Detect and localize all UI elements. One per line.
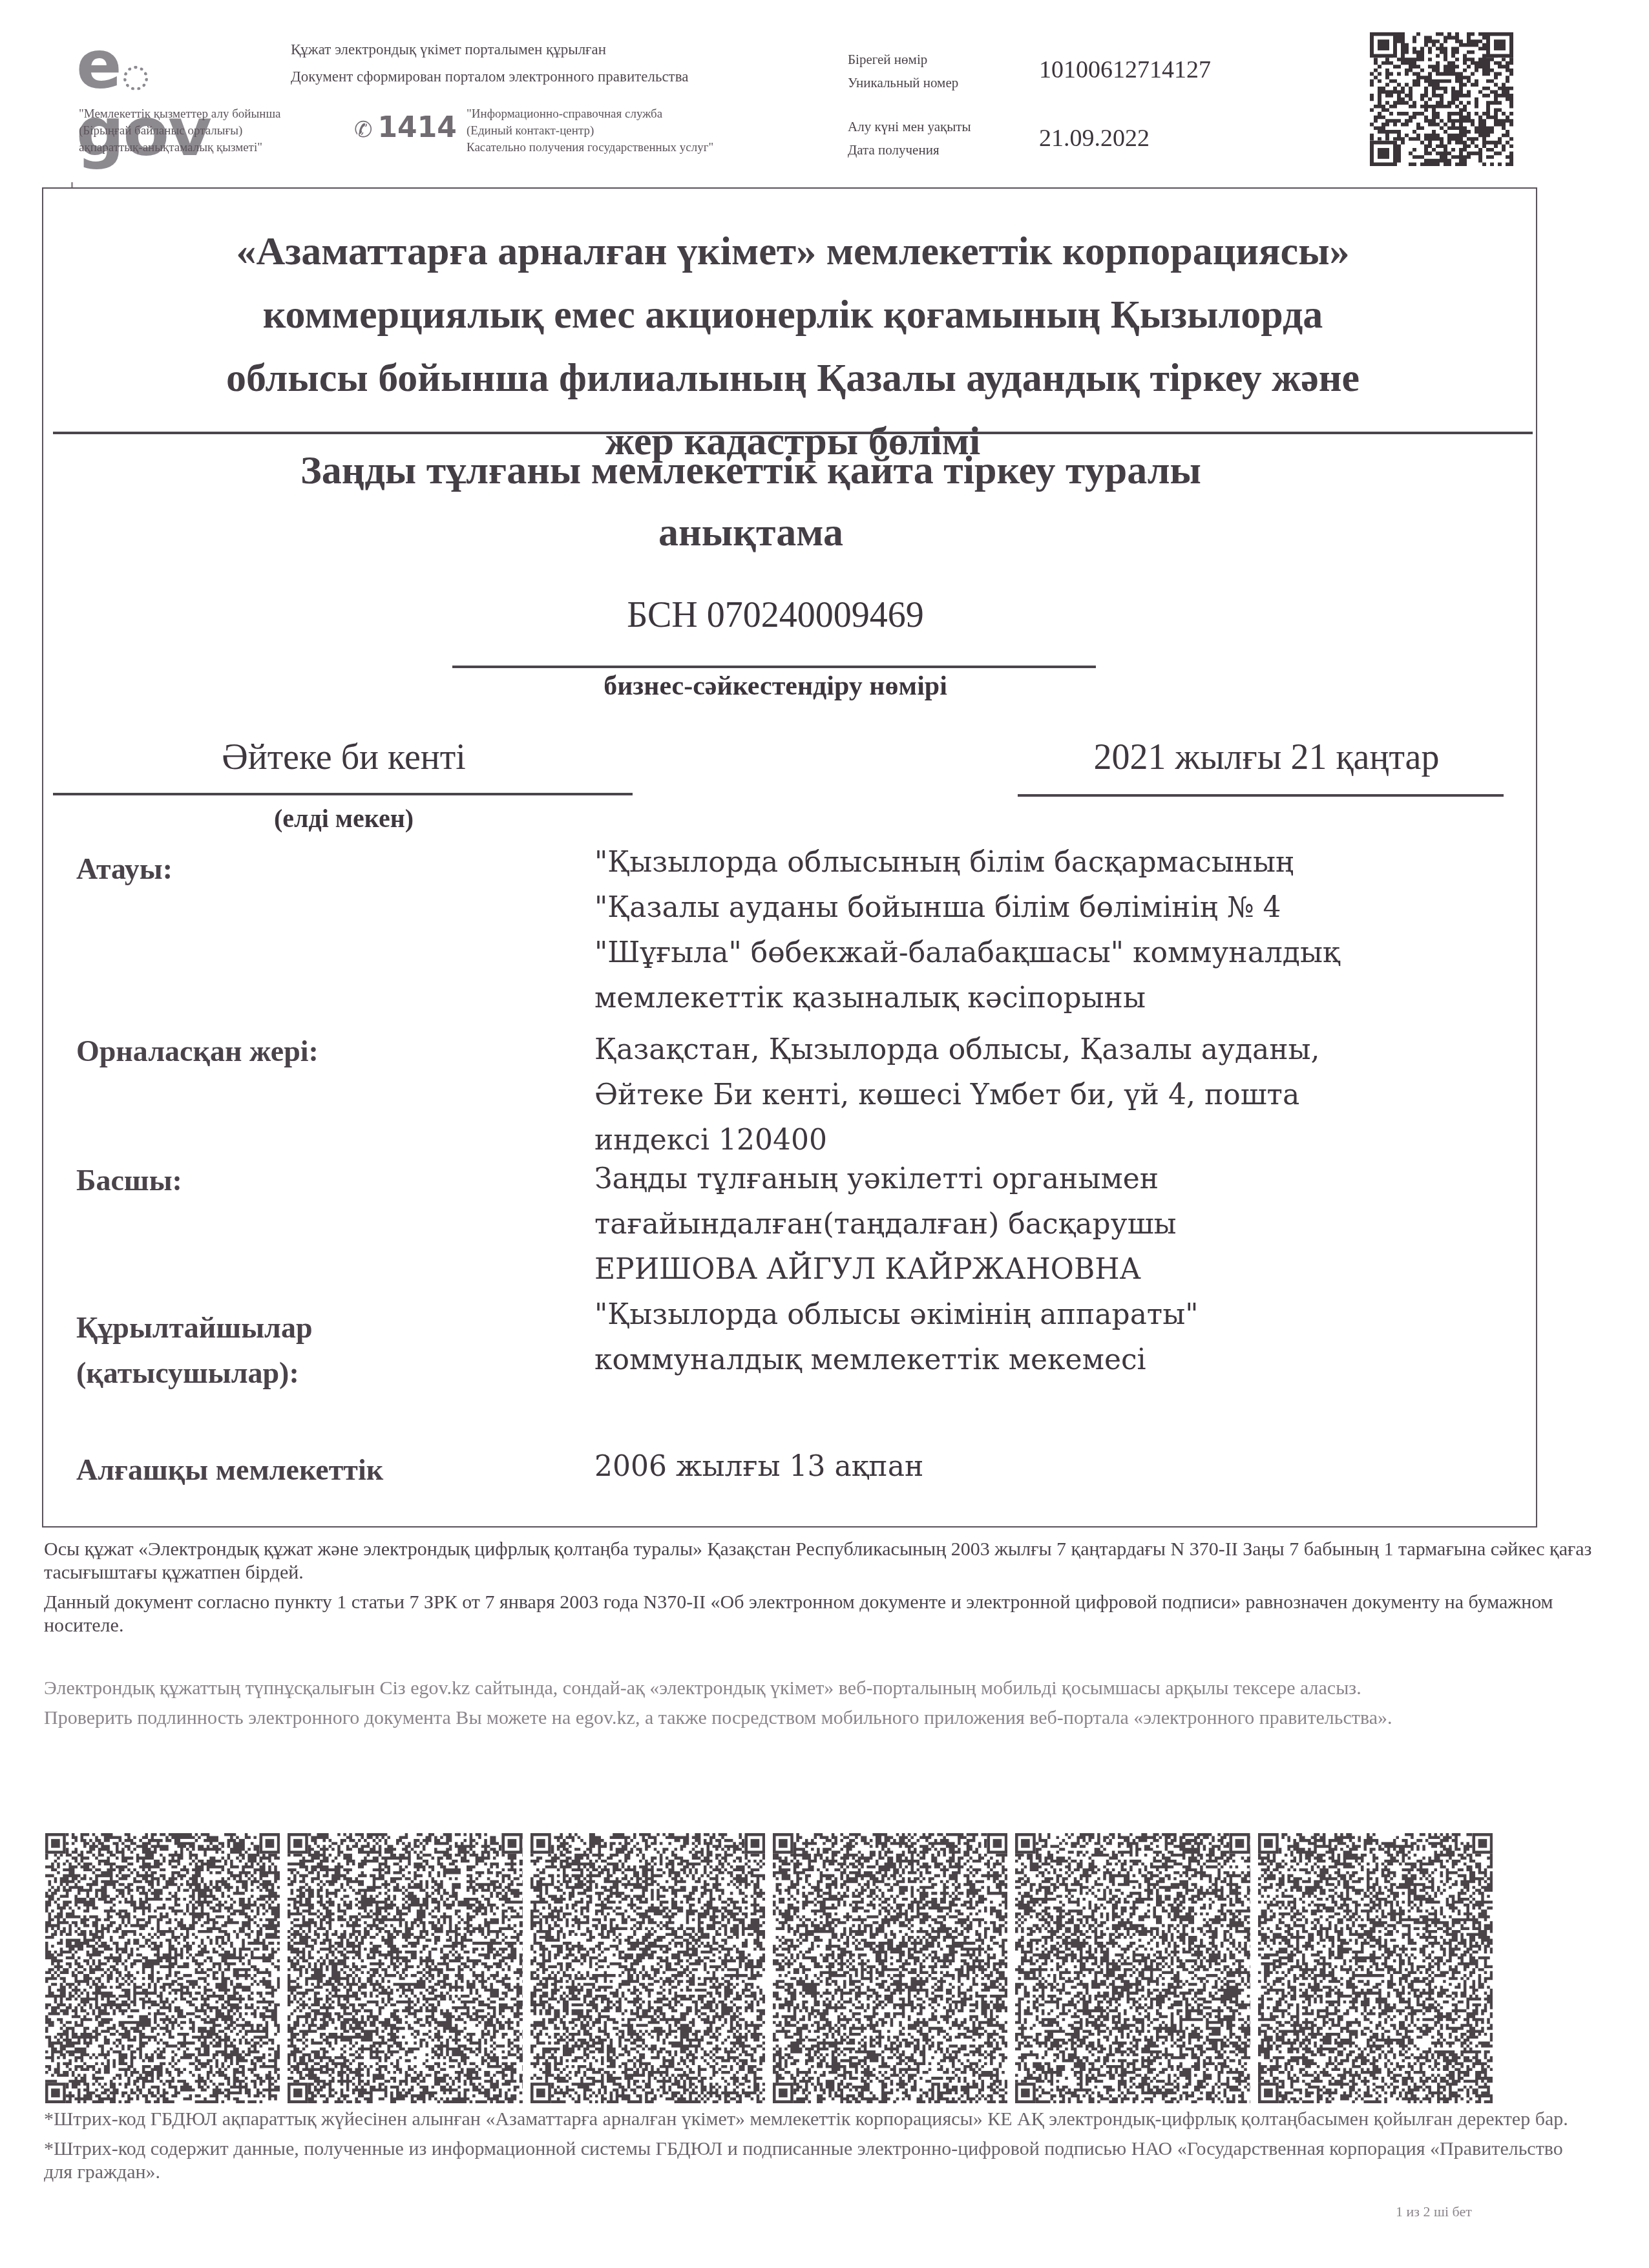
- field-label-text: Атауы:: [76, 846, 173, 892]
- qr-code-icon: [773, 1833, 1007, 2103]
- field-value-location: Қазақстан, Қызылорда облысы, Қазалы ауда…: [594, 1027, 1512, 1163]
- contact-kk-line: ақпараттық-анықтамалық қызметі": [79, 140, 280, 156]
- field-label-text: Басшы:: [76, 1158, 182, 1203]
- field-value-line: ЕРИШОВА АЙГУЛ КАЙРЖАНОВНА: [594, 1247, 1512, 1292]
- date-underline: [1018, 794, 1504, 797]
- page-number: 1 из 2 ші бет: [1396, 2203, 1472, 2220]
- received-label-kk: Алу күні мен уақыты: [848, 115, 971, 138]
- footnote-ru: *Штрих-код содержит данные, полученные и…: [44, 2137, 1595, 2184]
- field-value-head: Заңды тұлғаның уәкілетті органымен тағай…: [594, 1157, 1512, 1292]
- place-value: Әйтеке би кенті: [53, 737, 635, 778]
- field-value-line: "Қызылорда облысының білім басқармасының: [594, 840, 1512, 885]
- contact-kk-line: (Бірыңғай байланыс орталығы): [79, 123, 280, 140]
- unique-number-labels: Бірегей нөмір Уникальный номер: [848, 48, 958, 94]
- field-label-text: Алғашқы мемлекеттік: [76, 1447, 383, 1493]
- issuer-line: облысы бойынша филиалының Қазалы ауданды…: [53, 346, 1533, 410]
- field-value-line: "Шұғыла" бөбекжай-балабақшасы" коммуналд…: [594, 930, 1512, 976]
- field-value-line: мемлекеттік қазыналық кәсіпорыны: [594, 976, 1512, 1021]
- qr-code-icon: [530, 1833, 765, 2103]
- footnotes: *Штрих-код ГБДЮЛ ақпараттық жүйесінен ал…: [44, 2108, 1595, 2190]
- issuer-line: «Азаматтарға арналған үкімет» мемлекетті…: [53, 220, 1533, 283]
- qr-code-icon: [45, 1833, 280, 2103]
- hotline-number: 1414: [378, 111, 457, 144]
- field-value-founders: "Қызылорда облысы әкімінің аппараты" ком…: [594, 1292, 1512, 1383]
- field-label-text: Орналасқан жері:: [76, 1029, 319, 1074]
- legal-equivalence: Осы құжат «Электрондық құжат және электр…: [44, 1538, 1595, 1644]
- field-label-location: Орналасқан жері:: [76, 1029, 319, 1074]
- field-value-line: "Қазалы ауданы бойынша білім бөлімінің №…: [594, 885, 1512, 930]
- field-value-line: "Қызылорда облысы әкімінің аппараты": [594, 1292, 1512, 1338]
- logo-e: e: [76, 31, 121, 98]
- phone-icon: ✆: [354, 117, 373, 143]
- registration-date: 2021 жылғы 21 қаңтар: [1008, 737, 1525, 778]
- contact-kk-line: "Мемлекеттік қызметтер алу бойынша: [79, 106, 280, 123]
- scan-mark: [71, 182, 73, 187]
- qr-code-icon: [1258, 1833, 1493, 2103]
- contact-ru-line: "Информационно-справочная служба: [467, 106, 713, 123]
- egov-logo: egov: [76, 31, 270, 102]
- bin-underline: [452, 666, 1096, 668]
- unique-number-label-kk: Бірегей нөмір: [848, 48, 958, 71]
- field-value-first-registration: 2006 жылғы 13 ақпан: [594, 1444, 1512, 1489]
- document-title: Заңды тұлғаны мемлекеттік қайта тіркеу т…: [53, 439, 1533, 563]
- issuer-line: коммерциялық емес акционерлік қоғамының …: [53, 283, 1533, 346]
- legal-equivalence-kk: Осы құжат «Электрондық құжат және электр…: [44, 1538, 1595, 1584]
- legal-equivalence-ru: Данный документ согласно пункту 1 статьи…: [44, 1591, 1595, 1637]
- received-labels: Алу күні мен уақыты Дата получения: [848, 115, 971, 162]
- portal-note-ru: Документ сформирован порталом электронно…: [291, 67, 688, 87]
- bin-caption: бизнес-сәйкестендіру нөмірі: [388, 671, 1163, 702]
- field-label-founders: Құрылтайшылар (қатысушылар):: [76, 1305, 312, 1396]
- field-value-line: Әйтеке Би кенті, көшесі Үмбет би, үй 4, …: [594, 1073, 1512, 1118]
- unique-number-label-ru: Уникальный номер: [848, 71, 958, 94]
- contact-ru-line: (Единый контакт-центр): [467, 123, 713, 140]
- portal-note-kk: Құжат электрондық үкімет порталымен құры…: [291, 40, 606, 59]
- hotline: ✆1414: [354, 111, 457, 144]
- contact-ru: "Информационно-справочная служба (Единый…: [467, 106, 713, 156]
- field-label-text: Құрылтайшылар: [76, 1305, 312, 1350]
- contact-ru-line: Касательно получения государственных усл…: [467, 140, 713, 156]
- qr-code-icon: [1015, 1833, 1250, 2103]
- place-caption: (елді мекен): [53, 803, 635, 834]
- legal-verify: Электрондық құжаттың түпнұсқалығын Сіз e…: [44, 1677, 1595, 1736]
- issuer-title: «Азаматтарға арналған үкімет» мемлекетті…: [53, 220, 1533, 473]
- divider: [53, 432, 1533, 434]
- egov-emblem-icon: [123, 66, 148, 90]
- qr-code-icon: [288, 1833, 522, 2103]
- field-value-line: 2006 жылғы 13 ақпан: [594, 1444, 1512, 1489]
- legal-verify-ru: Проверить подлинность электронного докум…: [44, 1706, 1595, 1730]
- received-date: 21.09.2022: [1039, 124, 1150, 152]
- document-title-line: Заңды тұлғаны мемлекеттік қайта тіркеу т…: [53, 439, 1449, 501]
- bin-value: БСН 070240009469: [388, 594, 1163, 636]
- qr-code-icon: [1370, 32, 1513, 166]
- field-label-text: (қатысушылар):: [76, 1350, 312, 1396]
- field-value-line: коммуналдық мемлекеттік мекемесі: [594, 1338, 1512, 1383]
- signature-barcodes: [45, 1833, 1493, 2103]
- received-label-ru: Дата получения: [848, 138, 971, 162]
- field-value-line: Заңды тұлғаның уәкілетті органымен: [594, 1157, 1512, 1202]
- unique-number: 10100612714127: [1039, 56, 1211, 84]
- contact-kk: "Мемлекеттік қызметтер алу бойынша (Біры…: [79, 106, 280, 156]
- footnote-kk: *Штрих-код ГБДЮЛ ақпараттық жүйесінен ал…: [44, 2108, 1595, 2131]
- place-underline: [53, 793, 633, 795]
- field-label-first-registration: Алғашқы мемлекеттік: [76, 1447, 383, 1493]
- field-value-line: Қазақстан, Қызылорда облысы, Қазалы ауда…: [594, 1027, 1512, 1073]
- legal-verify-kk: Электрондық құжаттың түпнұсқалығын Сіз e…: [44, 1677, 1595, 1700]
- field-label-name: Атауы:: [76, 846, 173, 892]
- field-value-name: "Қызылорда облысының білім басқармасының…: [594, 840, 1512, 1021]
- field-value-line: тағайындалған(таңдалған) басқарушы: [594, 1202, 1512, 1247]
- document-title-line: анықтама: [53, 501, 1449, 563]
- field-label-head: Басшы:: [76, 1158, 182, 1203]
